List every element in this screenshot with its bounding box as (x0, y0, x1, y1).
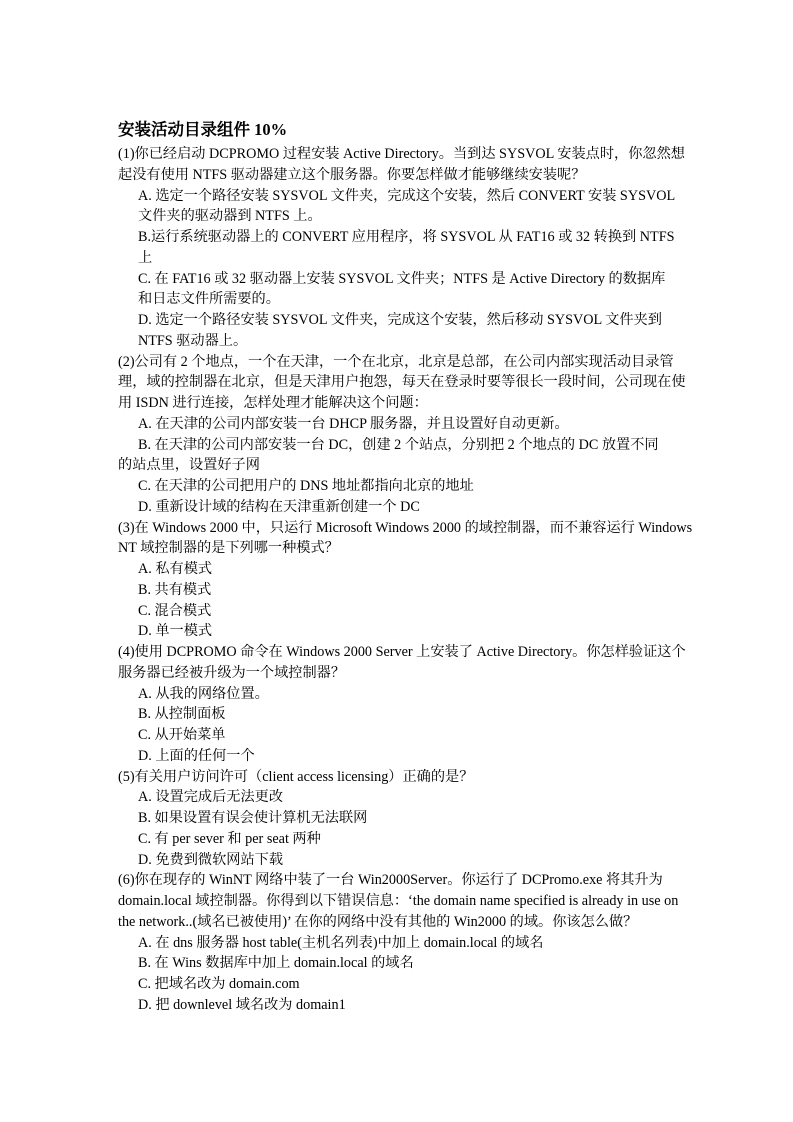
question-block-4: (4)使用 DCPROMO 命令在 Windows 2000 Server 上安… (118, 642, 683, 767)
question-6-line: D. 把 downlevel 域名改为 domain1 (118, 995, 683, 1016)
question-6-line: C. 把域名改为 domain.com (118, 974, 683, 995)
question-5-line: B. 如果设置有误会使计算机无法联网 (118, 808, 683, 829)
question-4-line: A. 从我的网络位置。 (118, 684, 683, 705)
question-4-line: C. 从开始菜单 (118, 725, 683, 746)
question-3-line: D. 单一模式 (118, 621, 683, 642)
question-5-line: C. 有 per sever 和 per seat 两种 (118, 829, 683, 850)
question-3-line: B. 共有模式 (118, 580, 683, 601)
question-2-line: 的站点里，设置好子网 (118, 455, 683, 476)
document-body: (1)你已经启动 DCPROMO 过程安装 Active Directory。当… (118, 144, 683, 1016)
question-3-line: NT 域控制器的是下列哪一种模式？ (118, 538, 683, 559)
question-1-line: 文件夹的驱动器到 NTFS 上。 (118, 206, 683, 227)
question-2-line: A. 在天津的公司内部安装一台 DHCP 服务器，并且设置好自动更新。 (118, 414, 683, 435)
question-5-line: (5)有关用户访问许可（client access licensing）正确的是… (118, 767, 683, 788)
question-1-line: NTFS 驱动器上。 (118, 331, 683, 352)
question-1-line: B.运行系统驱动器上的 CONVERT 应用程序，将 SYSVOL 从 FAT1… (118, 227, 683, 248)
question-4-line: 服务器已经被升级为一个域控制器？ (118, 663, 683, 684)
question-block-3: (3)在 Windows 2000 中，只运行 Microsoft Window… (118, 518, 683, 643)
document-content: 安装活动目录组件 10% (1)你已经启动 DCPROMO 过程安装 Activ… (118, 119, 683, 1016)
question-1-line: 起没有使用 NTFS 驱动器建立这个服务器。你要怎样做才能够继续安装呢？ (118, 165, 683, 186)
question-5-line: A. 设置完成后无法更改 (118, 787, 683, 808)
question-3-line: (3)在 Windows 2000 中，只运行 Microsoft Window… (118, 518, 683, 539)
question-1-line: A. 选定一个路径安装 SYSVOL 文件夹，完成这个安装，然后 CONVERT… (118, 186, 683, 207)
question-block-6: (6)你在现存的 WinNT 网络中装了一台 Win2000Server。你运行… (118, 870, 683, 1015)
question-3-line: C. 混合模式 (118, 601, 683, 622)
question-1-line: 上 (118, 248, 683, 269)
question-2-line: (2)公司有 2 个地点，一个在天津，一个在北京，北京是总部，在公司内部实现活动… (118, 352, 683, 373)
question-2-line: B. 在天津的公司内部安装一台 DC，创建 2 个站点，分别把 2 个地点的 D… (118, 435, 683, 456)
question-1-line: C. 在 FAT16 或 32 驱动器上安装 SYSVOL 文件夹；NTFS 是… (118, 269, 683, 290)
question-6-line: the network..(域名已被使用)’ 在你的网络中没有其他的 Win20… (118, 912, 683, 933)
document-page: 安装活动目录组件 10% (1)你已经启动 DCPROMO 过程安装 Activ… (0, 0, 793, 1122)
question-1-line: 和日志文件所需要的。 (118, 289, 683, 310)
question-4-line: B. 从控制面板 (118, 704, 683, 725)
question-2-line: 理，域的控制器在北京，但是天津用户抱怨，每天在登录时要等很长一段时间，公司现在使 (118, 372, 683, 393)
question-2-line: D. 重新设计域的结构在天津重新创建一个 DC (118, 497, 683, 518)
question-block-1: (1)你已经启动 DCPROMO 过程安装 Active Directory。当… (118, 144, 683, 352)
question-4-line: D. 上面的任何一个 (118, 746, 683, 767)
document-title: 安装活动目录组件 10% (118, 119, 683, 140)
question-6-line: A. 在 dns 服务器 host table(主机名列表)中加上 domain… (118, 933, 683, 954)
question-block-5: (5)有关用户访问许可（client access licensing）正确的是… (118, 767, 683, 871)
question-2-line: C. 在天津的公司把用户的 DNS 地址都指向北京的地址 (118, 476, 683, 497)
question-2-line: 用 ISDN 进行连接，怎样处理才能解决这个问题： (118, 393, 683, 414)
question-block-2: (2)公司有 2 个地点，一个在天津，一个在北京，北京是总部，在公司内部实现活动… (118, 352, 683, 518)
question-6-line: B. 在 Wins 数据库中加上 domain.local 的域名 (118, 953, 683, 974)
question-3-line: A. 私有模式 (118, 559, 683, 580)
question-6-line: domain.local 域控制器。你得到以下错误信息：‘the domain … (118, 891, 683, 912)
question-1-line: D. 选定一个路径安装 SYSVOL 文件夹，完成这个安装，然后移动 SYSVO… (118, 310, 683, 331)
question-5-line: D. 免费到微软网站下载 (118, 850, 683, 871)
question-1-line: (1)你已经启动 DCPROMO 过程安装 Active Directory。当… (118, 144, 683, 165)
question-6-line: (6)你在现存的 WinNT 网络中装了一台 Win2000Server。你运行… (118, 870, 683, 891)
question-4-line: (4)使用 DCPROMO 命令在 Windows 2000 Server 上安… (118, 642, 683, 663)
